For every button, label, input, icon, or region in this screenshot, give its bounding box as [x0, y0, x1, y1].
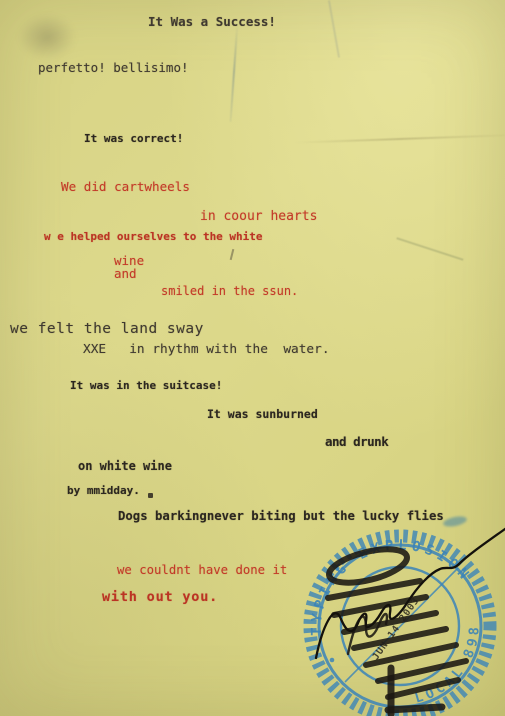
poem-line: We did cartwheels: [61, 180, 190, 194]
poem-line: It was correct!: [84, 133, 183, 145]
paper-crease: [396, 237, 463, 260]
typewritten-poem-page: It Was a Success! perfetto! bellisimo! I…: [0, 0, 505, 716]
poem-line: on white wine: [78, 460, 172, 473]
pencil-mark: [230, 249, 235, 260]
paper-crease: [328, 0, 340, 57]
poem-line: w e helped ourselves to the white: [44, 231, 263, 243]
poem-line: smiled in the ssun.: [161, 285, 298, 298]
paper-crease: [295, 134, 505, 143]
stamp-dot: [330, 658, 335, 663]
poem-line: XXE in rhythm with the water.: [83, 343, 330, 357]
paper-crease: [230, 22, 239, 122]
poem-title: It Was a Success!: [148, 15, 276, 29]
poem-line: with out you.: [102, 590, 218, 605]
poem-line: and drunk: [325, 435, 388, 449]
poem-line: It was sunburned: [207, 408, 318, 421]
poem-line: by mmidday.: [67, 485, 140, 497]
poem-line: we couldnt have done it: [117, 564, 287, 578]
poem-line: and: [114, 267, 137, 281]
smudge-mark: [18, 14, 76, 60]
union-stamp: TYPING EXPLOSION LOCAL 898 JUN 14 2003: [288, 520, 505, 716]
poem-line: perfetto! bellisimo!: [38, 61, 189, 75]
overstrike-mark: [148, 493, 153, 498]
poem-line: It was in the suitcase!: [70, 380, 222, 392]
poem-line: in coour hearts: [200, 210, 317, 224]
poem-line: we felt the land sway: [10, 322, 204, 338]
